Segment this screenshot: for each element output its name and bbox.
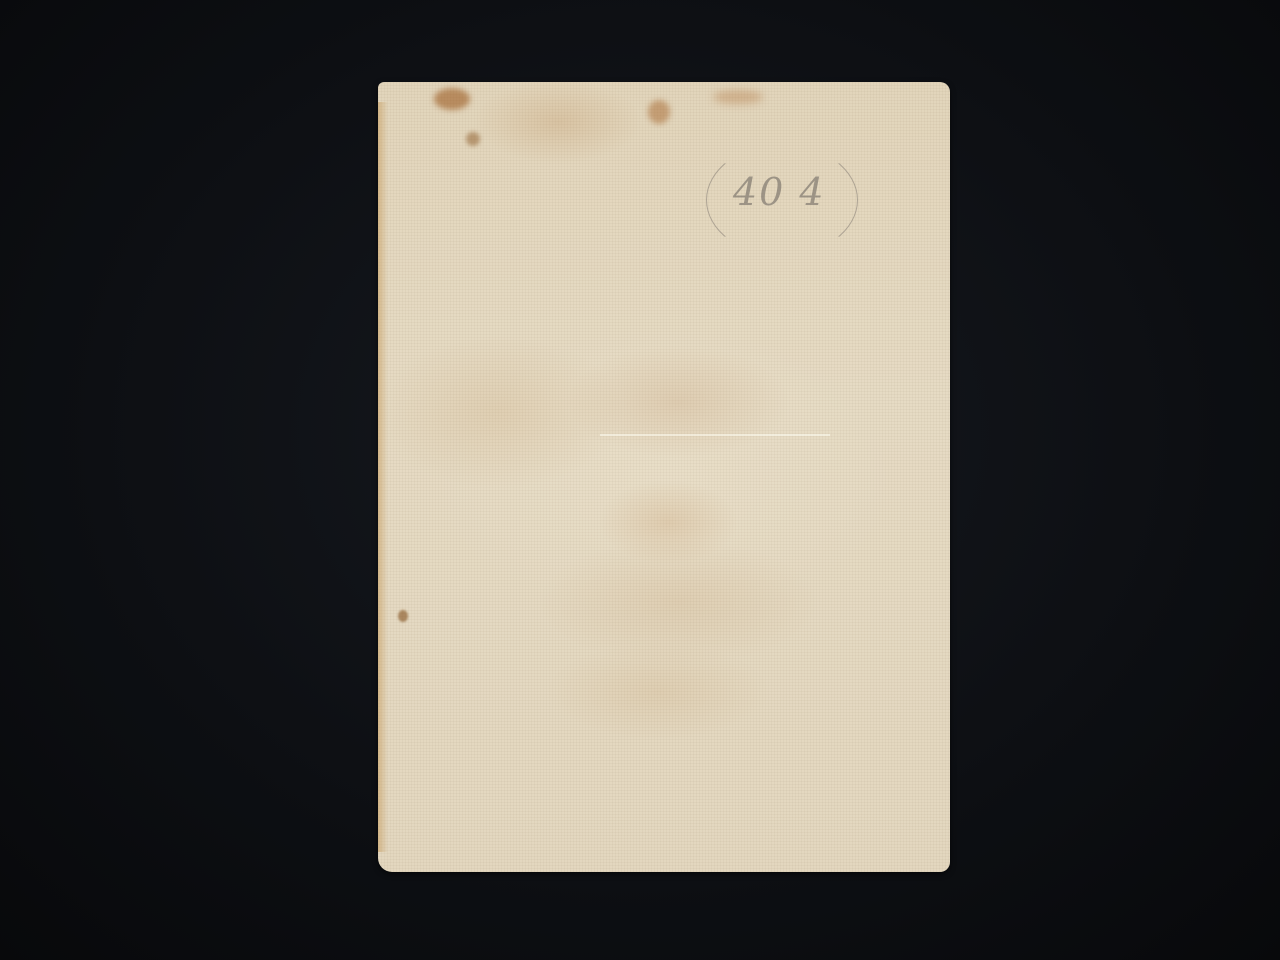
stain <box>434 88 470 110</box>
stain <box>398 610 408 622</box>
aged-card: 40 4 <box>378 82 950 872</box>
worn-edge <box>378 102 388 852</box>
handwritten-annotation: 40 4 <box>733 170 826 214</box>
stain <box>648 100 670 124</box>
stain <box>466 132 480 146</box>
stain <box>713 90 763 104</box>
crease-line <box>600 434 830 436</box>
